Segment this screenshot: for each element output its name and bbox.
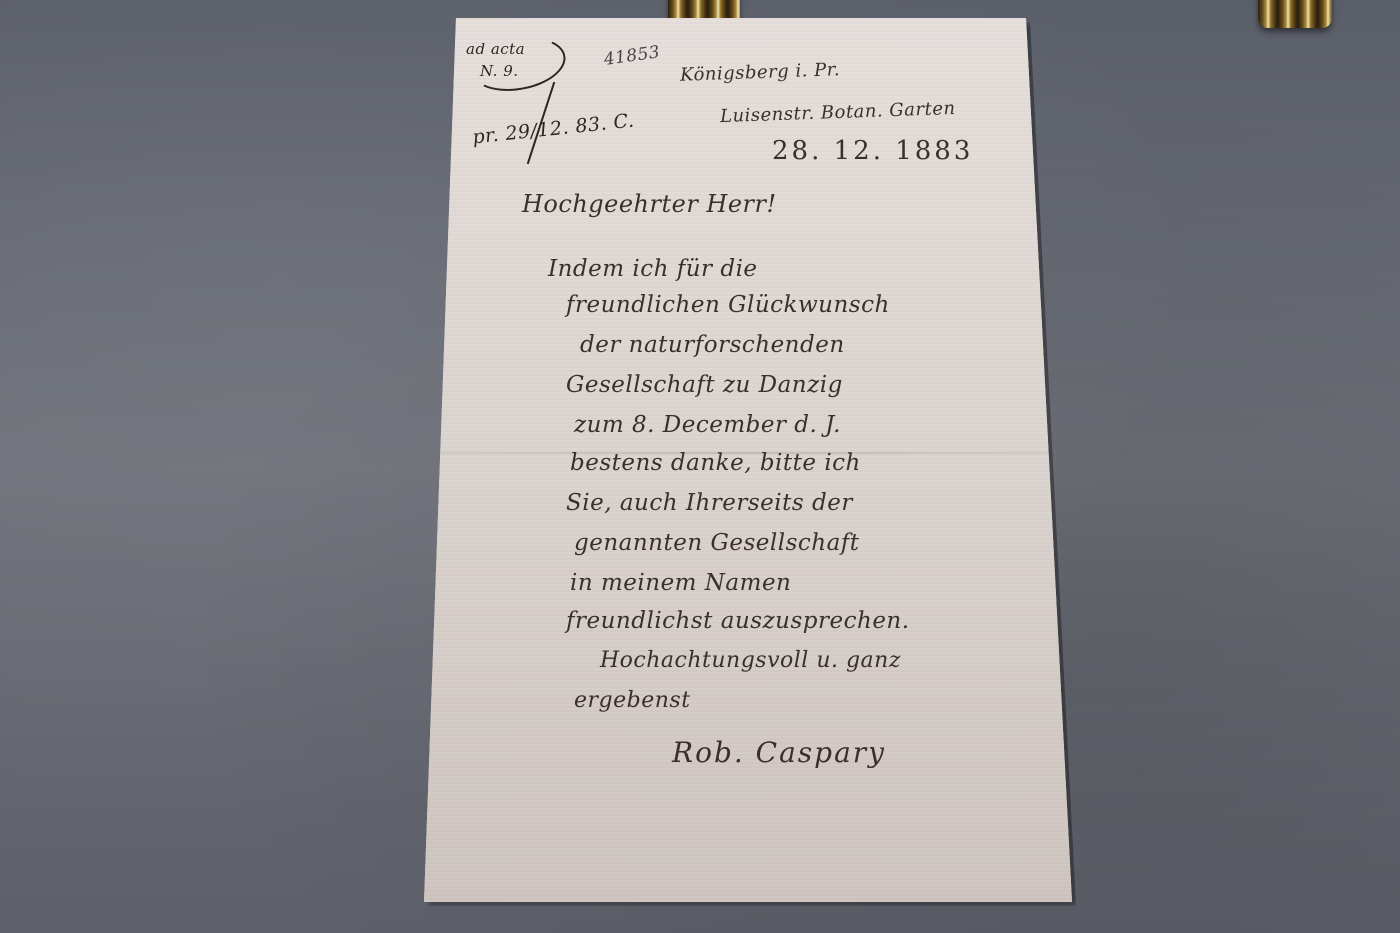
signature: Rob. Caspary [672,736,886,769]
file-number-note: N. 9. [480,62,519,80]
body-line: der naturforschenden [580,332,845,358]
ad-acta-note: ad acta [466,40,525,58]
closing-line: Hochachtungsvoll u. ganz [600,648,901,673]
body-line: Sie, auch Ihrerseits der [566,490,853,516]
body-line: Indem ich für die [548,256,758,282]
closing-line: ergebenst [574,688,691,713]
body-line: freundlichen Glückwunsch [566,292,890,318]
body-line: Gesellschaft zu Danzig [566,372,843,398]
letter-date: 28. 12. 1883 [772,136,973,166]
salutation: Hochgeehrter Herr! [522,190,777,218]
body-line: bestens danke, bitte ich [570,450,861,476]
binder-clip-right [1258,0,1332,28]
body-line: in meinem Namen [570,570,791,596]
body-line: genannten Gesellschaft [574,530,860,556]
body-line: freundlichst auszusprechen. [566,608,910,634]
body-line: zum 8. December d. J. [574,412,841,438]
